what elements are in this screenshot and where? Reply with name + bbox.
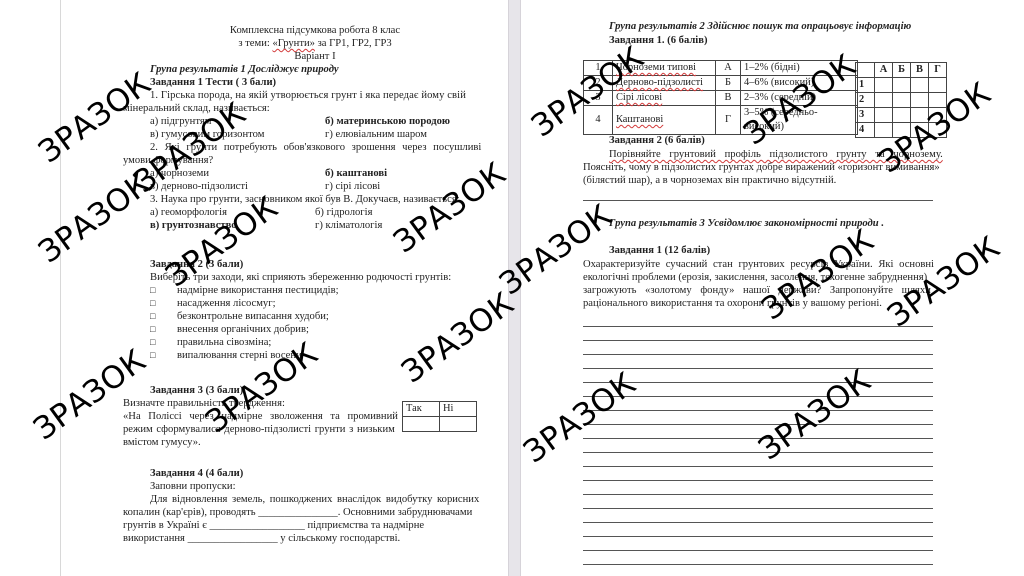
humus-content: 1–2% (бідні) (741, 61, 858, 76)
task2-title: Завдання 2 (3 бали) (150, 258, 243, 271)
q3-option-b: б) гідрологія (315, 206, 372, 219)
checklist-option: випалювання стерні восени (177, 349, 302, 362)
answer-grid-table: АБВГ1234 (855, 62, 947, 138)
q1-option-b: б) материнською породою (325, 115, 450, 128)
soil-type: Дерново-підзолисті (613, 76, 716, 91)
answer-line[interactable] (583, 424, 933, 425)
q2-option-v: в) дерново-підзолисті (150, 180, 248, 193)
checkbox-icon[interactable]: □ (150, 297, 155, 310)
answer-line[interactable] (583, 354, 933, 355)
answer-line[interactable] (583, 522, 933, 523)
task1-q2-line1: 2. Які грунти потребують обов'язкового з… (150, 141, 481, 154)
soil-matching-table: 1Чорноземи типовіА1–2% (бідні)2Дерново-п… (583, 60, 858, 135)
grid-column-header: А (875, 63, 893, 78)
header-line-2: з теми: «Грунти» за ГР1, ГР2, ГР3 (150, 37, 480, 50)
q2-option-a: а) чорноземи (150, 167, 209, 180)
grid-answer-cell[interactable] (893, 93, 911, 108)
table-row: 3Сірі лісовіВ2–3% (середній) (584, 91, 858, 106)
task4-line3: грунтів в Україні є __________________ п… (123, 519, 424, 532)
task1-q3-line1: 3. Наука про грунти, засновником якої бу… (150, 193, 460, 206)
q1-option-a: а) підгрунтям (150, 115, 211, 128)
answer-yes-cell[interactable] (403, 417, 440, 432)
checkbox-icon[interactable]: □ (150, 323, 155, 336)
rp-task2-line3: (білястий шар), а в чорноземах він практ… (583, 174, 836, 187)
grid-answer-cell[interactable] (875, 108, 893, 123)
q3-option-a: а) геоморфологія (150, 206, 227, 219)
answer-no-header: Ні (440, 402, 477, 417)
table-row: 2Дерново-підзолистіБ4–6% (високий) (584, 76, 858, 91)
task3-title: Завдання 3 (3 бали) (150, 384, 243, 397)
q3-option-g: г) кліматологія (315, 219, 382, 232)
q2-option-g: г) сірі лісові (325, 180, 380, 193)
task4-line4: використання _________________ у сільськ… (123, 532, 400, 545)
answer-line[interactable] (583, 200, 933, 201)
rp-task3-line2: екологічні проблеми (ерозія, закислення,… (583, 271, 927, 284)
document-page-left: Комплексна підсумкова робота 8 клас з те… (0, 0, 508, 576)
group1-title: Група результатів 1 Досліджує природу (150, 63, 339, 76)
group3-title: Група результатів 3 Усвідомлює закономір… (609, 217, 884, 230)
variant-label: Варіант І (150, 50, 480, 63)
answer-line[interactable] (583, 494, 933, 495)
grid-answer-cell[interactable] (929, 78, 947, 93)
task4-prompt: Заповни пропуски: (150, 480, 236, 493)
task3-prompt: Визначте правильність твердження: (123, 397, 285, 410)
rp-task2-title: Завдання 2 (6 балів) (609, 134, 705, 147)
task1-q1-line2: мінеральний склад, називається: (123, 102, 270, 115)
task4-line2: копалин (кар'єрів), проводять __________… (123, 506, 472, 519)
answer-line[interactable] (583, 536, 933, 537)
checkbox-icon[interactable]: □ (150, 349, 155, 362)
answer-yes-header: Так (403, 402, 440, 417)
grid-answer-cell[interactable] (875, 78, 893, 93)
answer-line[interactable] (583, 452, 933, 453)
grid-answer-cell[interactable] (893, 123, 911, 138)
soil-type: Сірі лісові (613, 91, 716, 106)
page-margin-line (60, 0, 61, 576)
answer-line[interactable] (583, 340, 933, 341)
rp-task3-line3: загрожують «золотому фонду» нашої держав… (583, 284, 931, 297)
rp-task3-line4: раціонального використання та охорони гр… (583, 297, 882, 310)
answer-line[interactable] (583, 396, 933, 397)
row-number: 2 (584, 76, 613, 91)
grid-answer-cell[interactable] (911, 93, 929, 108)
soil-type: Чорноземи типові (613, 61, 716, 76)
task1-title: Завдання 1 Тести ( 3 бали) (150, 76, 276, 89)
rp-task2-line2: Поясніть, чому в підзолистих грунтах доб… (583, 161, 940, 174)
grid-answer-cell[interactable] (875, 93, 893, 108)
q2-option-b: б) каштанові (325, 167, 387, 180)
answer-line[interactable] (583, 466, 933, 467)
answer-line[interactable] (583, 326, 933, 327)
task4-line1: Для відновлення земель, пошкоджених внас… (150, 493, 479, 506)
answer-line[interactable] (583, 550, 933, 551)
task3-answer-table: ТакНі (402, 401, 477, 432)
table-row: 4КаштановіГ3–5% (середньо-високий) (584, 106, 858, 135)
answer-line[interactable] (583, 368, 933, 369)
answer-line[interactable] (583, 564, 933, 565)
grid-answer-cell[interactable] (929, 93, 947, 108)
checkbox-icon[interactable]: □ (150, 336, 155, 349)
task1-q2-line2: умови формування? (123, 154, 213, 167)
checkbox-icon[interactable]: □ (150, 310, 155, 323)
q1-option-g: г) елювіальним шаром (325, 128, 427, 141)
q1-option-v: в) гумусовим горизонтом (150, 128, 264, 141)
option-letter: Г (716, 106, 741, 135)
task3-statement-line2: режим сформувалися дерново-підзолисті гр… (123, 423, 395, 436)
checkbox-icon[interactable]: □ (150, 284, 155, 297)
page-divider (508, 0, 521, 576)
grid-answer-cell[interactable] (911, 108, 929, 123)
humus-content: 4–6% (високий) (741, 76, 858, 91)
checklist-option: надмірне використання пестицидів; (177, 284, 339, 297)
row-number: 4 (584, 106, 613, 135)
task3-statement-line1: «На Поліссі через надмірне зволоження та… (123, 410, 398, 423)
grid-answer-cell[interactable] (893, 108, 911, 123)
row-number: 3 (584, 91, 613, 106)
answer-line[interactable] (583, 508, 933, 509)
grid-row-header: 1 (856, 78, 875, 93)
answer-line[interactable] (583, 382, 933, 383)
grid-column-header: В (911, 63, 929, 78)
answer-no-cell[interactable] (440, 417, 477, 432)
header-line-1: Комплексна підсумкова робота 8 клас (150, 24, 480, 37)
grid-column-header: Г (929, 63, 947, 78)
task1-q1-line1: 1. Гірська порода, на якій утворюється г… (123, 89, 479, 102)
answer-line[interactable] (583, 438, 933, 439)
task2-prompt: Виберіть три заходи, які сприяють збереж… (150, 271, 451, 284)
rp-task1-title: Завдання 1. (6 балів) (609, 34, 707, 47)
option-letter: А (716, 61, 741, 76)
grid-row-header: 2 (856, 93, 875, 108)
q3-option-v: в) грунтознавство (150, 219, 237, 232)
grid-row-header: 3 (856, 108, 875, 123)
grid-answer-cell[interactable] (875, 123, 893, 138)
answer-line[interactable] (583, 410, 933, 411)
group2-title: Група результатів 2 Здійснює пошук та оп… (609, 20, 911, 33)
grid-answer-cell[interactable] (929, 108, 947, 123)
checklist-option: правильна сівозміна; (177, 336, 271, 349)
humus-content: 3–5% (середньо-високий) (741, 106, 858, 135)
table-row: 1Чорноземи типовіА1–2% (бідні) (584, 61, 858, 76)
grid-answer-cell[interactable] (893, 78, 911, 93)
rp-task2-line1: Порівняйте грунтовий профіль підзолистог… (609, 148, 943, 161)
option-letter: В (716, 91, 741, 106)
rp-task3-line1: Охарактеризуйте сучасний стан грунтових … (583, 258, 934, 271)
grid-answer-cell[interactable] (911, 78, 929, 93)
task4-title: Завдання 4 (4 бали) (150, 467, 243, 480)
document-page-right: Група результатів 2 Здійснює пошук та оп… (521, 0, 1024, 576)
grid-answer-cell[interactable] (911, 123, 929, 138)
checklist-option: насадження лісосмуг; (177, 297, 276, 310)
task3-statement-line3: вмістом гумусу». (123, 436, 201, 449)
checklist-option: безконтрольне випасання худоби; (177, 310, 329, 323)
option-letter: Б (716, 76, 741, 91)
grid-column-header: Б (893, 63, 911, 78)
grid-row-header: 4 (856, 123, 875, 138)
humus-content: 2–3% (середній) (741, 91, 858, 106)
soil-type: Каштанові (613, 106, 716, 135)
grid-answer-cell[interactable] (929, 123, 947, 138)
answer-line[interactable] (583, 480, 933, 481)
rp-task3-title: Завдання 1 (12 балів) (609, 244, 710, 257)
row-number: 1 (584, 61, 613, 76)
checklist-option: внесення органічних добрив; (177, 323, 309, 336)
